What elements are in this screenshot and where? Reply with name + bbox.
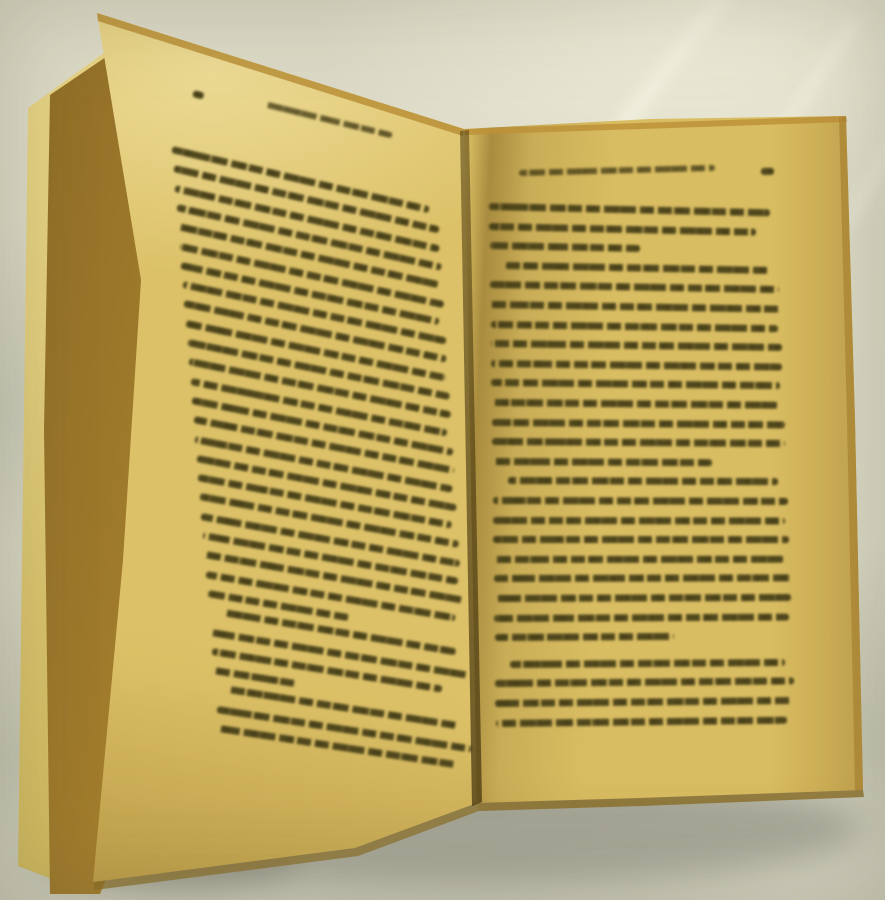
right-text-line [489, 203, 770, 216]
right-text-line [494, 594, 791, 602]
right-text-line [494, 633, 673, 641]
right-text-line [495, 716, 786, 726]
right-running-head [519, 165, 715, 176]
right-text-line [489, 223, 756, 236]
right-text-line [493, 517, 785, 525]
right-text-line [490, 281, 779, 293]
right-text-line [491, 360, 782, 371]
right-text-line [489, 242, 639, 252]
photograph [0, 0, 885, 900]
right-text-line [492, 458, 712, 466]
left-text-line [213, 667, 296, 687]
right-text-line [495, 697, 792, 707]
left-running-head [263, 101, 393, 138]
right-page-number [761, 168, 774, 175]
right-text-line [493, 497, 788, 505]
right-text-line [492, 438, 785, 447]
right-text-line [495, 678, 794, 688]
right-text-line [510, 659, 785, 668]
left-text-line [229, 686, 458, 729]
right-text-line [491, 379, 780, 389]
right-text-line [507, 477, 777, 485]
right-text-line [494, 613, 789, 621]
right-text-line [493, 536, 789, 543]
right-text-line [491, 340, 782, 351]
right-text-line [490, 321, 777, 332]
right-text-line [493, 556, 783, 563]
right-text-line [492, 419, 785, 428]
left-page-number [192, 90, 204, 99]
right-text-line [505, 262, 770, 274]
right-text-line [490, 301, 780, 313]
right-text-line [494, 575, 791, 583]
right-text-line [491, 399, 777, 409]
